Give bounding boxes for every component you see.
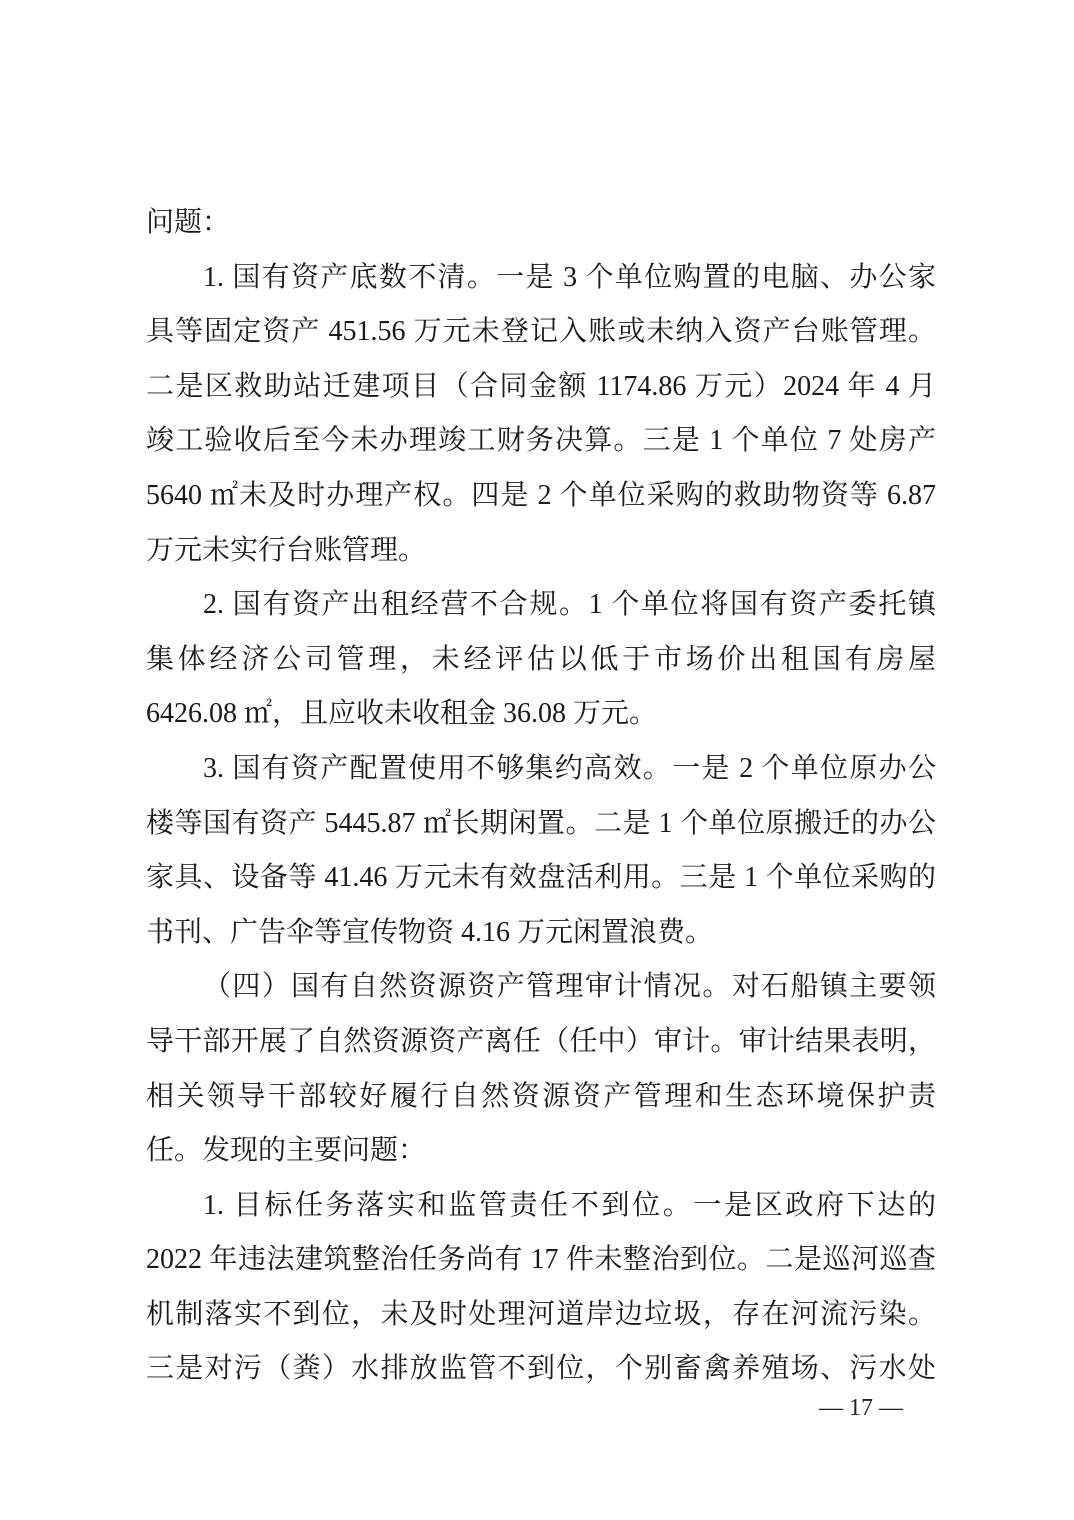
line-text: 三是对污（粪）水排放监管不到位，个别畜禽养殖场、污水处	[146, 1353, 936, 1384]
text-line: 2. 国有资产出租经营不合规。1 个单位将国有资产委托镇	[146, 578, 936, 633]
text-line: 书刊、广告伞等宣传物资 4.16 万元闲置浪费。	[146, 906, 936, 961]
text-line: 3. 国有资产配置使用不够集约高效。一是 2 个单位原办公	[146, 742, 936, 797]
text-line: 任。发现的主要问题：	[146, 1124, 936, 1179]
line-text: 2022 年违法建筑整治任务尚有 17 件未整治到位。二是巡河巡查	[146, 1244, 936, 1275]
line-text: 6426.08 ㎡，且应收未收租金 36.08 万元。	[146, 698, 657, 729]
line-text: 1. 国有资产底数不清。一是 3 个单位购置的电脑、办公家	[203, 262, 936, 293]
text-line: 具等固定资产 451.56 万元未登记入账或未纳入资产台账管理。	[146, 305, 936, 360]
text-line: 6426.08 ㎡，且应收未收租金 36.08 万元。	[146, 687, 936, 742]
text-line: 5640 ㎡未及时办理产权。四是 2 个单位采购的救助物资等 6.87	[146, 469, 936, 524]
text-line: 机制落实不到位，未及时处理河道岸边垃圾，存在河流污染。	[146, 1288, 936, 1343]
line-text: 导干部开展了自然资源资产离任（任中）审计。审计结果表明，	[146, 1026, 936, 1057]
text-line: 三是对污（粪）水排放监管不到位，个别畜禽养殖场、污水处	[146, 1342, 936, 1397]
line-text: 竣工验收后至今未办理竣工财务决算。三是 1 个单位 7 处房产	[146, 425, 936, 456]
line-text: （四）国有自然资源资产管理审计情况。对石船镇主要领	[203, 971, 936, 1002]
document-page: 问题： 1. 国有资产底数不清。一是 3 个单位购置的电脑、办公家 具等固定资产…	[0, 0, 1074, 1520]
text-line: 1. 国有资产底数不清。一是 3 个单位购置的电脑、办公家	[146, 251, 936, 306]
text-line: 二是区救助站迁建项目（合同金额 1174.86 万元）2024 年 4 月	[146, 360, 936, 415]
line-text: 问题：	[146, 207, 230, 238]
line-text: 任。发现的主要问题：	[146, 1135, 426, 1166]
text-line: 2022 年违法建筑整治任务尚有 17 件未整治到位。二是巡河巡查	[146, 1233, 936, 1288]
text-line: 楼等国有资产 5445.87 ㎡长期闲置。二是 1 个单位原搬迁的办公	[146, 797, 936, 852]
line-text: 集体经济公司管理，未经评估以低于市场价出租国有房屋	[146, 644, 936, 675]
line-text: 万元未实行台账管理。	[146, 535, 426, 566]
line-text: 机制落实不到位，未及时处理河道岸边垃圾，存在河流污染。	[146, 1299, 936, 1330]
body-text: 问题： 1. 国有资产底数不清。一是 3 个单位购置的电脑、办公家 具等固定资产…	[146, 196, 936, 1397]
line-text: 书刊、广告伞等宣传物资 4.16 万元闲置浪费。	[146, 917, 713, 948]
line-text: 2. 国有资产出租经营不合规。1 个单位将国有资产委托镇	[203, 589, 936, 620]
line-text: 5640 ㎡未及时办理产权。四是 2 个单位采购的救助物资等 6.87	[146, 480, 936, 511]
line-text: 1. 目标任务落实和监管责任不到位。一是区政府下达的	[203, 1190, 936, 1221]
line-text: 3. 国有资产配置使用不够集约高效。一是 2 个单位原办公	[203, 753, 936, 784]
text-line: 1. 目标任务落实和监管责任不到位。一是区政府下达的	[146, 1179, 936, 1234]
text-line: 竣工验收后至今未办理竣工财务决算。三是 1 个单位 7 处房产	[146, 414, 936, 469]
line-text: 相关领导干部较好履行自然资源资产管理和生态环境保护责	[146, 1081, 936, 1112]
text-line: 相关领导干部较好履行自然资源资产管理和生态环境保护责	[146, 1070, 936, 1125]
text-line: 问题：	[146, 196, 936, 251]
page-number: — 17 —	[806, 1395, 916, 1422]
text-line: 导干部开展了自然资源资产离任（任中）审计。审计结果表明，	[146, 1015, 936, 1070]
line-text: 楼等国有资产 5445.87 ㎡长期闲置。二是 1 个单位原搬迁的办公	[146, 808, 936, 839]
line-text: 具等固定资产 451.56 万元未登记入账或未纳入资产台账管理。	[146, 316, 936, 347]
text-line: 万元未实行台账管理。	[146, 524, 936, 579]
text-line: 家具、设备等 41.46 万元未有效盘活利用。三是 1 个单位采购的	[146, 851, 936, 906]
section-heading-line: （四）国有自然资源资产管理审计情况。对石船镇主要领	[146, 960, 936, 1015]
line-text: 二是区救助站迁建项目（合同金额 1174.86 万元）2024 年 4 月	[146, 371, 936, 402]
text-line: 集体经济公司管理，未经评估以低于市场价出租国有房屋	[146, 633, 936, 688]
line-text: 家具、设备等 41.46 万元未有效盘活利用。三是 1 个单位采购的	[146, 862, 936, 893]
